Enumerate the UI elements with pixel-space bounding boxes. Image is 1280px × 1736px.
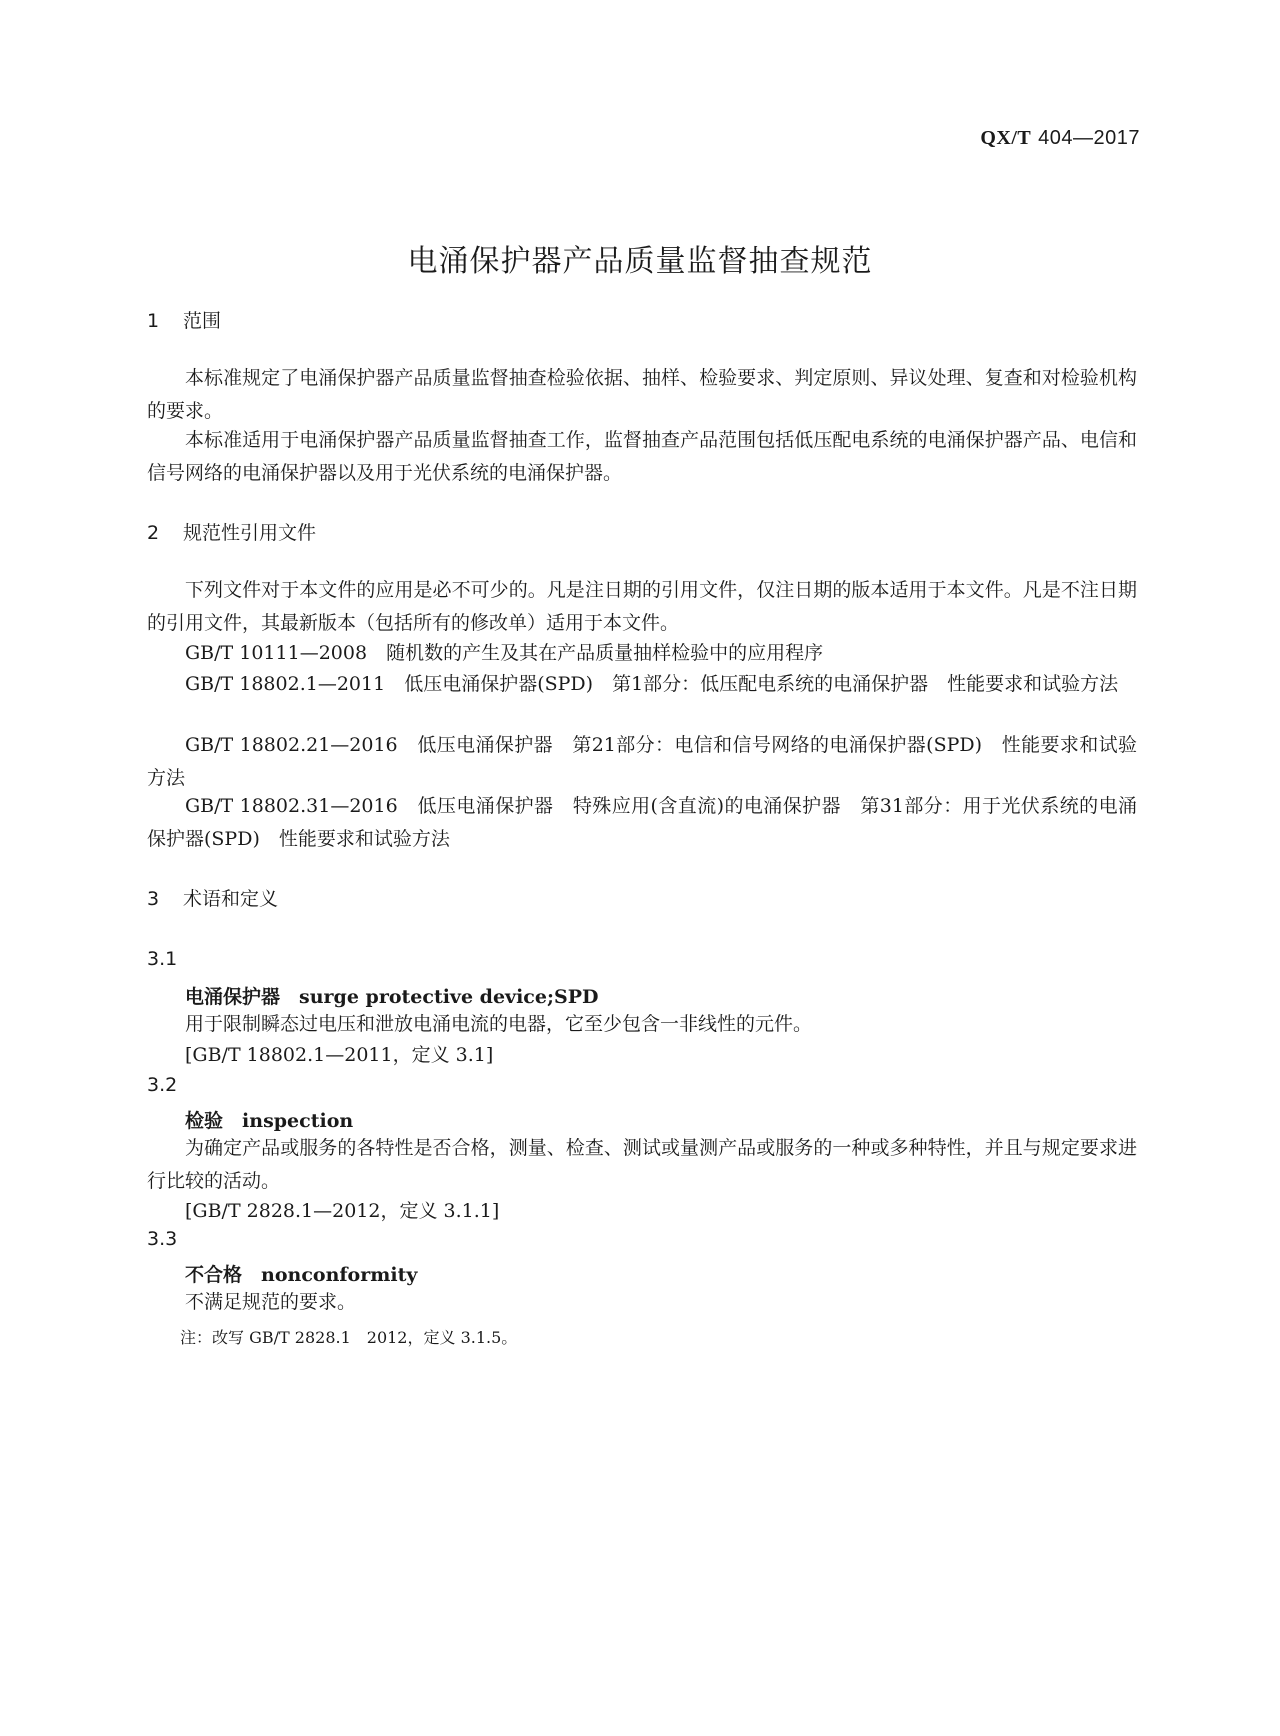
term-name: 不合格 nonconformity — [185, 1260, 417, 1287]
term-name-en: surge protective device;SPD — [299, 986, 598, 1008]
reference-item: GB/T 10111—2008 随机数的产生及其在产品质量抽样检验中的应用程序 — [147, 637, 1137, 670]
document-title: 电涌保护器产品质量监督抽查规范 — [0, 236, 1280, 280]
reference-item: GB/T 18802.21—2016 低压电涌保护器 第21部分：电信和信号网络… — [147, 729, 1137, 795]
document-page: QX/T 404—2017 电涌保护器产品质量监督抽查规范 1 范围 本标准规定… — [0, 0, 1280, 1736]
reference-item: GB/T 18802.31—2016 低压电涌保护器 特殊应用(含直流)的电涌保… — [147, 790, 1137, 856]
term-name-zh: 不合格 — [185, 1264, 242, 1286]
term-name: 检验 inspection — [185, 1106, 353, 1133]
section-title: 术语和定义 — [183, 888, 278, 910]
scope-paragraph-2: 本标准适用于电涌保护器产品质量监督抽查工作，监督抽查产品范围包括低压配电系统的电… — [147, 424, 1137, 490]
term-definition: 不满足规范的要求。 — [185, 1286, 1137, 1319]
section-title: 范围 — [183, 310, 221, 332]
term-name: 电涌保护器 surge protective device;SPD — [185, 982, 598, 1009]
section-heading-3: 3 术语和定义 — [147, 884, 278, 911]
section-title: 规范性引用文件 — [183, 522, 316, 544]
standard-code: QX/T 404—2017 — [980, 125, 1140, 150]
term-source: [GB/T 2828.1—2012，定义 3.1.1] — [185, 1195, 1137, 1228]
reference-code: GB/T 18802.21—2016 — [185, 734, 398, 756]
term-name-zh: 检验 — [185, 1110, 223, 1132]
section-number: 1 — [147, 310, 177, 332]
reference-title: 随机数的产生及其在产品质量抽样检验中的应用程序 — [386, 642, 823, 664]
term-number: 3.1 — [147, 948, 177, 970]
reference-item: GB/T 18802.1—2011 低压电涌保护器(SPD) 第1部分：低压配电… — [147, 668, 1137, 701]
term-name-en: inspection — [242, 1110, 353, 1132]
reference-title: 低压电涌保护器(SPD) 第1部分：低压配电系统的电涌保护器 性能要求和试验方法 — [404, 673, 1118, 695]
standard-number: 404—2017 — [1038, 127, 1140, 149]
reference-code: GB/T 10111—2008 — [185, 642, 367, 664]
reference-code: GB/T 18802.1—2011 — [185, 673, 385, 695]
scope-paragraph-1: 本标准规定了电涌保护器产品质量监督抽查检验依据、抽样、检验要求、判定原则、异议处… — [147, 362, 1137, 428]
term-name-zh: 电涌保护器 — [185, 986, 280, 1008]
term-definition: 用于限制瞬态过电压和泄放电涌电流的电器，它至少包含一非线性的元件。 — [185, 1008, 1137, 1041]
term-number: 3.2 — [147, 1074, 177, 1096]
section-number: 3 — [147, 888, 177, 910]
section-heading-1: 1 范围 — [147, 306, 221, 333]
term-source: [GB/T 18802.1—2011，定义 3.1] — [185, 1039, 1137, 1072]
reference-code: GB/T 18802.31—2016 — [185, 795, 398, 817]
standard-prefix: QX/T — [980, 127, 1031, 149]
term-name-en: nonconformity — [261, 1264, 417, 1286]
references-intro: 下列文件对于本文件的应用是必不可少的。凡是注日期的引用文件，仅注日期的版本适用于… — [147, 574, 1137, 640]
term-number: 3.3 — [147, 1228, 177, 1250]
term-definition: 为确定产品或服务的各特性是否合格，测量、检查、测试或量测产品或服务的一种或多种特… — [147, 1132, 1137, 1198]
term-note: 注：改写 GB/T 2828.1 2012，定义 3.1.5。 — [180, 1325, 517, 1348]
section-heading-2: 2 规范性引用文件 — [147, 518, 316, 545]
section-number: 2 — [147, 522, 177, 544]
